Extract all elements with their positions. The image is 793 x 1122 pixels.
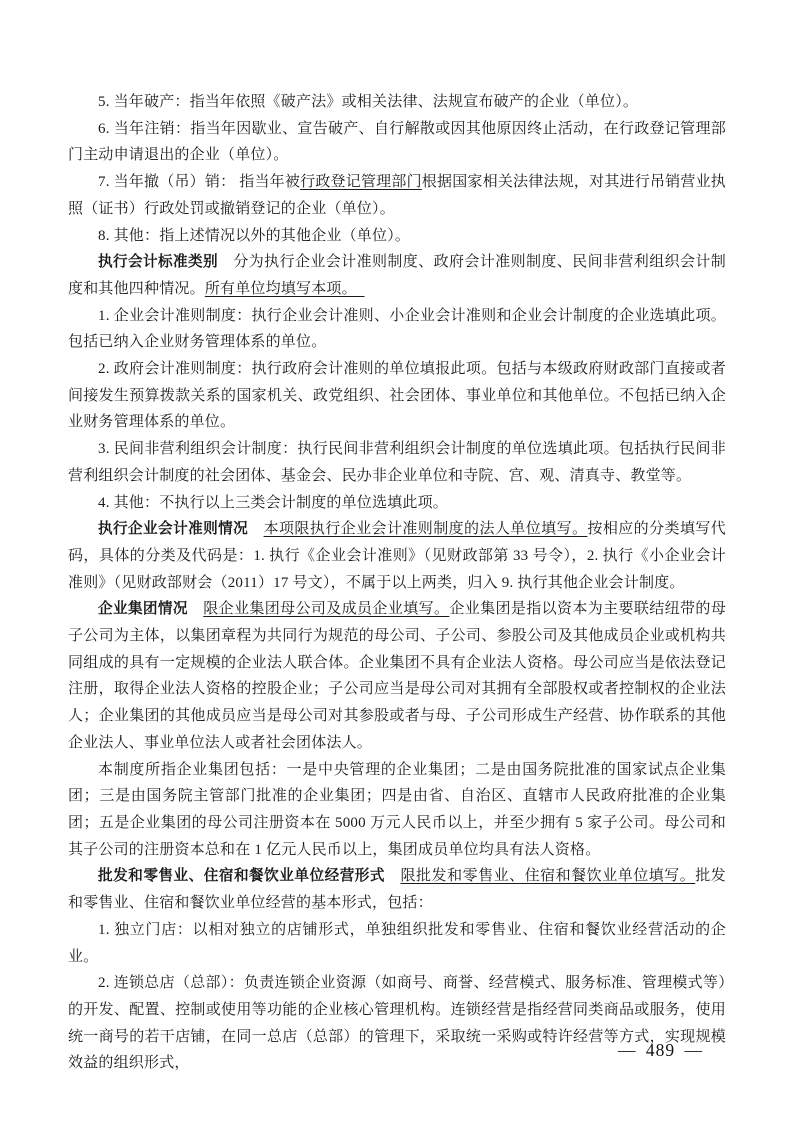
- section-accounting-standard-category: 执行会计标准类别 分为执行企业会计准则制度、政府会计准则制度、民间非营利组织会计…: [68, 249, 726, 302]
- item-8-other: 8. 其他：指上述情况以外的其他企业（单位）。: [68, 223, 726, 250]
- item-4-other-accounting: 4. 其他：不执行以上三类会计制度的单位选填此项。: [68, 490, 726, 517]
- body-text: 6. 当年注销：指当年因歇业、宣告破产、自行解散或因其他原因终止活动，在行政登记…: [68, 121, 726, 164]
- body-text: 4. 其他：不执行以上三类会计制度的单位选填此项。: [98, 495, 448, 511]
- body-text: 2. 政府会计准则制度：执行政府会计准则的单位填报此项。包括与本级政府财政部门直…: [68, 361, 726, 430]
- item-3-ngo-accounting-system: 3. 民间非营利组织会计制度：执行民间非营利组织会计制度的单位选填此项。包括执行…: [68, 436, 726, 489]
- page-number: — 489 —: [618, 1040, 703, 1061]
- body-text: [248, 521, 263, 537]
- paragraph-enterprise-group-scope: 本制度所指企业集团包括：一是中央管理的企业集团；二是由国务院批准的国家试点企业集…: [68, 757, 726, 864]
- fill-instruction: 限企业集团母公司及成员企业填写。: [203, 601, 449, 617]
- item-1-independent-store: 1. 独立门店：以相对独立的店铺形式，单独组织批发和零售业、住宿和餐饮业经营活动…: [68, 917, 726, 970]
- item-1-enterprise-accounting-standards-system: 1. 企业会计准则制度：执行企业会计准则、小企业会计准则和企业会计制度的企业选填…: [68, 303, 726, 356]
- item-6-deregistration: 6. 当年注销：指当年因歇业、宣告破产、自行解散或因其他原因终止活动，在行政登记…: [68, 116, 726, 169]
- body-text: 8. 其他：指上述情况以外的其他企业（单位）。: [98, 228, 410, 244]
- body-text: [385, 868, 401, 884]
- body-text: 7. 当年撤（吊）销： 指当年被: [98, 174, 300, 190]
- section-wholesale-retail-hotel-catering-operation-form: 批发和零售业、住宿和餐饮业单位经营形式 限批发和零售业、住宿和餐饮业单位填写。批…: [68, 863, 726, 916]
- body-text: 本制度所指企业集团包括：一是中央管理的企业集团；二是由国务院批准的国家试点企业集…: [68, 762, 726, 858]
- body-text: [188, 601, 203, 617]
- item-2-government-accounting-standards-system: 2. 政府会计准则制度：执行政府会计准则的单位填报此项。包括与本级政府财政部门直…: [68, 356, 726, 436]
- term-heading: 执行会计标准类别: [98, 254, 218, 270]
- term-heading: 批发和零售业、住宿和餐饮业单位经营形式: [98, 868, 385, 884]
- fill-instruction: 行政登记管理部门: [300, 174, 422, 190]
- fill-instruction: 所有单位均填写本项。: [205, 281, 365, 297]
- body-text: 5. 当年破产：指当年依照《破产法》或相关法律、法规宣布破产的企业（单位）。: [98, 94, 638, 110]
- document-body: 5. 当年破产：指当年依照《破产法》或相关法律、法规宣布破产的企业（单位）。6.…: [68, 89, 726, 1077]
- section-enterprise-accounting-standards-implementation: 执行企业会计准则情况 本项限执行企业会计准则制度的法人单位填写。按相应的分类填写…: [68, 516, 726, 596]
- term-heading: 执行企业会计准则情况: [98, 521, 248, 537]
- body-text: 1. 独立门店：以相对独立的店铺形式，单独组织批发和零售业、住宿和餐饮业经营活动…: [68, 922, 726, 965]
- fill-instruction: 限批发和零售业、住宿和餐饮业单位填写。: [401, 868, 696, 884]
- fill-instruction: 本项限执行企业会计准则制度的法人单位填写。: [264, 521, 588, 537]
- body-text: 1. 企业会计准则制度：执行企业会计准则、小企业会计准则和企业会计制度的企业选填…: [68, 308, 726, 351]
- body-text: 3. 民间非营利组织会计制度：执行民间非营利组织会计制度的单位选填此项。包括执行…: [68, 441, 726, 484]
- document-page: 5. 当年破产：指当年依照《破产法》或相关法律、法规宣布破产的企业（单位）。6.…: [0, 0, 793, 1122]
- section-enterprise-group: 企业集团情况 限企业集团母公司及成员企业填写。企业集团是指以资本为主要联结纽带的…: [68, 596, 726, 756]
- item-5-bankruptcy: 5. 当年破产：指当年依照《破产法》或相关法律、法规宣布破产的企业（单位）。: [68, 89, 726, 116]
- body-text: 企业集团是指以资本为主要联结纽带的母子公司为主体，以集团章程为共同行为规范的母公…: [68, 601, 726, 751]
- item-7-revocation: 7. 当年撤（吊）销： 指当年被行政登记管理部门根据国家相关法律法规，对其进行吊…: [68, 169, 726, 222]
- term-heading: 企业集团情况: [98, 601, 188, 617]
